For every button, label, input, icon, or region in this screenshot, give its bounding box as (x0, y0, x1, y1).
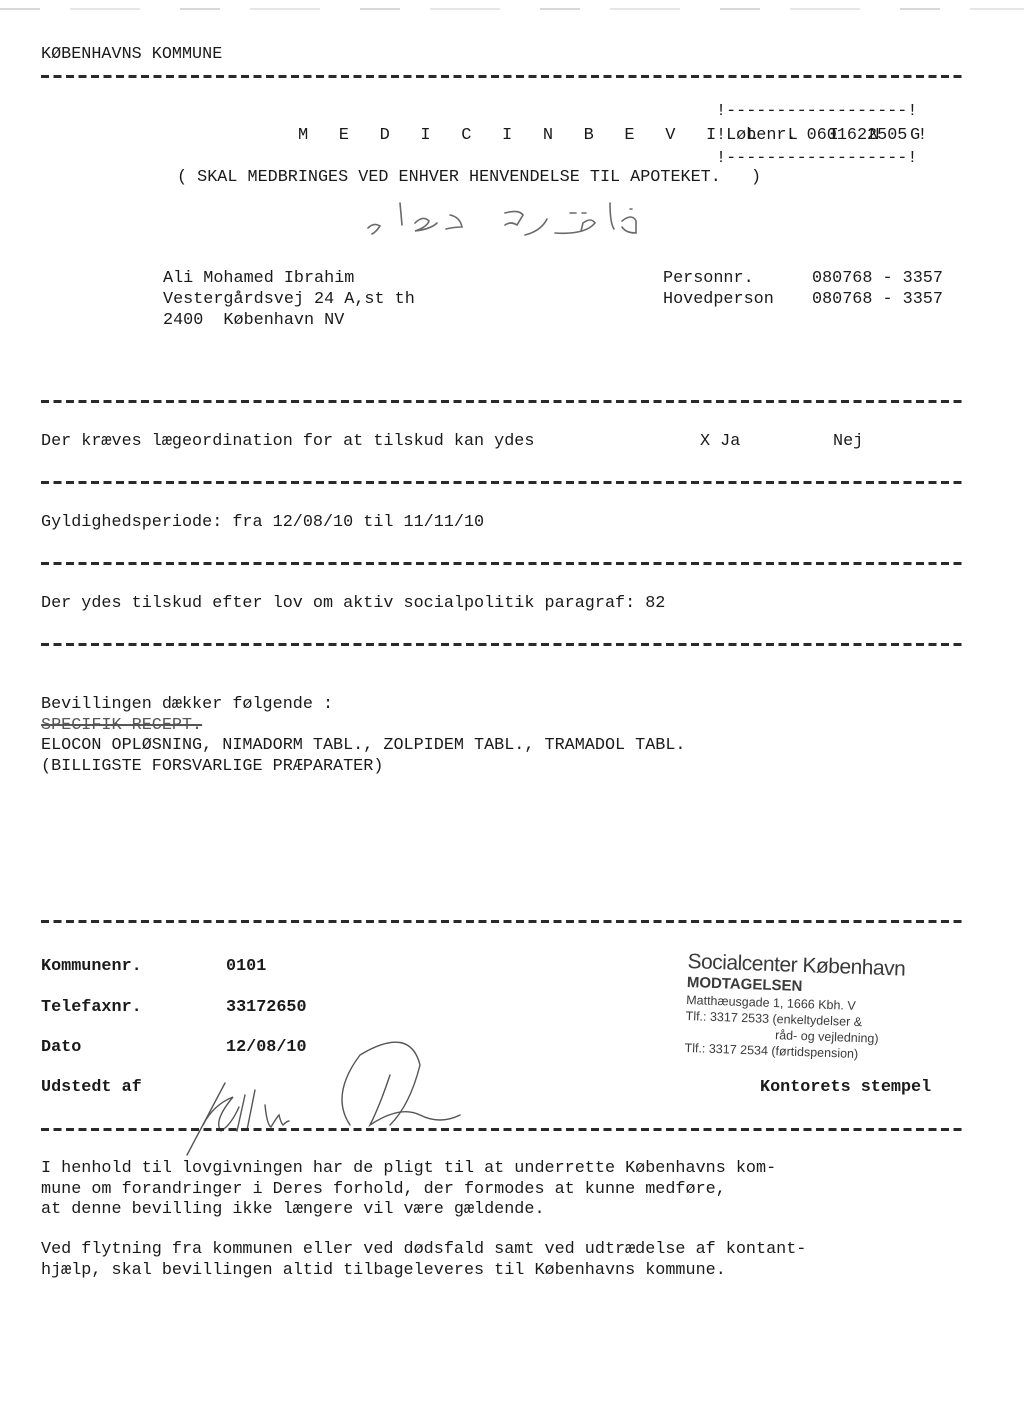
separator (41, 643, 966, 646)
recipient-city: 2400 København NV (163, 311, 344, 331)
office-stamp: Socialcenter København MODTAGELSEN Matth… (684, 950, 948, 1065)
coverage-struck-line: SPECIFIK RECEPT. (41, 716, 202, 736)
hovedperson-label: Hovedperson (663, 290, 774, 310)
coverage-heading: Bevillingen dækker følgende : (41, 695, 333, 715)
issuer-signature (185, 1035, 485, 1160)
office-stamp-label: Kontorets stempel (760, 1078, 931, 1098)
kommunenr-value: 0101 (226, 957, 266, 977)
separator (41, 1128, 966, 1131)
footer-paragraph-1-line-1: I henhold til lovgivningen har de pligt … (41, 1159, 776, 1179)
recipient-street: Vestergårdsvej 24 A,st th (163, 290, 415, 310)
legal-basis: Der ydes tilskud efter lov om aktiv soci… (41, 594, 665, 614)
separator (41, 75, 966, 78)
footer-paragraph-1-line-2: mune om forandringer i Deres forhold, de… (41, 1180, 726, 1200)
validity-period: Gyldighedsperiode: fra 12/08/10 til 11/1… (41, 513, 484, 533)
recipient-name: Ali Mohamed Ibrahim (163, 269, 354, 289)
handwritten-note (360, 193, 690, 248)
footer-paragraph-2-line-2: hjælp, skal bevillingen altid tilbagelev… (41, 1261, 726, 1281)
scan-artifact-line (0, 8, 1024, 10)
footer-paragraph-2-line-1: Ved flytning fra kommunen eller ved døds… (41, 1240, 806, 1260)
coverage-note: (BILLIGSTE FORSVARLIGE PRÆPARATER) (41, 757, 383, 777)
separator (41, 562, 966, 565)
personnr-value: 080768 - 3357 (812, 269, 943, 289)
doctor-order-yes-checked: X Ja (700, 432, 740, 452)
hovedperson-value: 080768 - 3357 (812, 290, 943, 310)
kommunenr-label: Kommunenr. (41, 957, 142, 977)
telefax-label: Telefaxnr. (41, 998, 142, 1018)
serial-box-bottom: !------------------! (716, 149, 917, 169)
pharmacy-notice: ( SKAL MEDBRINGES VED ENHVER HENVENDELSE… (177, 168, 761, 188)
doctor-order-no: Nej (833, 432, 863, 452)
organization-name: KØBENHAVNS KOMMUNE (41, 45, 222, 65)
serial-box-top: !------------------! (716, 102, 917, 122)
coverage-medicines: ELOCON OPLØSNING, NIMADORM TABL., ZOLPID… (41, 736, 686, 756)
separator (41, 400, 966, 403)
doctor-order-text: Der kræves lægeordination for at tilskud… (41, 432, 534, 452)
personnr-label: Personnr. (663, 269, 754, 289)
serial-number-label: !Løbenr. 0601622505 ! (716, 126, 927, 146)
footer-paragraph-1-line-3: at denne bevilling ikke længere vil være… (41, 1200, 545, 1220)
telefax-value: 33172650 (226, 998, 307, 1018)
separator (41, 481, 966, 484)
dato-label: Dato (41, 1038, 81, 1058)
separator (41, 920, 966, 923)
udstedt-af-label: Udstedt af (41, 1078, 142, 1098)
